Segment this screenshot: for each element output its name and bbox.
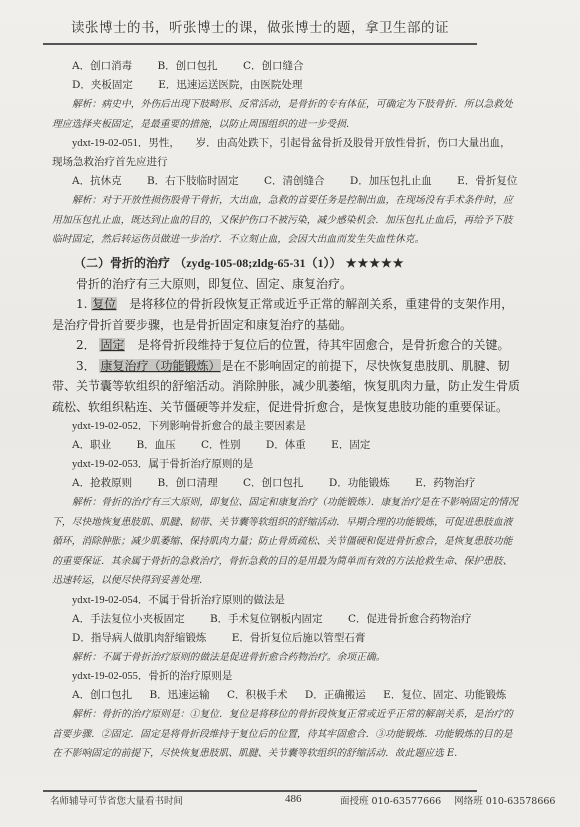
option-row: A．创口消毒 B．创口包扎 C．创口缝合 [52,57,522,76]
section-intro: 骨折的治疗有三大原则，即复位、固定、康复治疗。 [52,274,522,295]
option: C．促进骨折愈合药物治疗 [348,610,472,629]
option: A．创口消毒 [72,57,132,76]
option: C．清创缝合 [264,172,325,191]
principle-item: 1. 复位 是将移位的骨折段恢复正常或近乎正常的解剖关系，重建骨的支架作用，是治… [52,294,522,335]
highlighted-term: 固定 [99,338,125,352]
header-divider [43,43,477,45]
option: D．加压包扎止血 [350,172,432,191]
option: A．创口包扎 [72,686,132,705]
option-row: D．夹板固定 E．迅速运送医院，由医院处理 [52,76,522,95]
option: C．创口包扎 [243,474,304,493]
option: E．骨折复位后施以管型石膏 [232,629,366,648]
option: A．职业 [72,436,111,455]
question-id: ydxt-19-02-053． [72,459,148,470]
option: A．手法复位小夹板固定 [72,610,185,629]
highlighted-term: 复位 [91,297,117,311]
option: E．固定 [331,436,370,455]
option: D．正确搬运 [305,686,366,705]
item-text: 是将骨折段维持于复位后的位置，待其牢固愈合，是骨折愈合的关键。 [125,338,509,352]
section-title: （二）骨折的治疗 [74,256,170,270]
item-text: 是将移位的骨折段恢复正常或近乎正常的解剖关系，重建骨的支架作用，是治疗骨折首要步… [52,297,513,332]
question-text: 骨折的治疗原则是 [148,670,232,682]
item-number: 2． [76,338,96,352]
option: C．积极手术 [227,686,288,705]
principle-item: 3． 康复治疗（功能锻炼）是在不影响固定的前提下，尽快恢复患肢肌、肌腱、韧带、关… [52,356,522,418]
option: A．抗休克 [72,172,122,191]
question-id: ydxt-19-02-055． [72,671,148,682]
question-text: 不属于骨折治疗原则的做法是 [148,594,285,606]
option: C．性别 [201,436,241,455]
highlighted-term: 康复治疗（功能锻炼） [99,359,221,373]
option-row: A．手法复位小夹板固定 B．手术复位钢板内固定 C．促进骨折愈合药物治疗 [52,610,522,629]
option: B．右下肢临时固定 [147,172,239,191]
option: B．迅速运输 [149,686,209,705]
footer-divider [43,790,477,792]
question-id: ydxt-19-02-052． [72,421,148,432]
option: E．复位、固定、功能锻炼 [383,686,506,705]
option: B．创口清理 [157,474,217,493]
section-heading: （二）骨折的治疗 （zydg-105-08;zldg-65-31（1）） ★★★… [52,252,522,274]
page-number: 486 [285,793,302,805]
option: E．药物治疗 [415,474,475,493]
question-text: 属于骨折治疗原则的是 [148,458,253,470]
option: B．创口包扎 [157,57,217,76]
option: D．功能锻炼 [329,474,390,493]
question-stem: ydxt-19-02-051．男性， 岁．由高处跌下，引起骨盆骨折及股骨开放性骨… [52,134,522,153]
analysis-text: 解析：骨折的治疗原则是：①复位．复位是将移位的骨折段恢复正常或近乎正常的解剖关系… [52,705,522,764]
question-stem: ydxt-19-02-052．下列影响骨折愈合的最主要因素是 [52,417,522,436]
question-text: 男性， 岁．由高处跌下，引起骨盆骨折及股骨开放性骨折，伤口大量出血， [148,137,510,149]
document-page: 读张博士的书，听张博士的课，做张博士的题，拿卫生部的证 A．创口消毒 B．创口包… [0,0,580,827]
analysis-text: 解析：不属于骨折治疗原则的做法是促进骨折愈合药物治疗。余项正确。 [52,648,522,668]
option: D．夹板固定 [72,76,133,95]
question-stem: ydxt-19-02-054．不属于骨折治疗原则的做法是 [52,591,522,610]
option-row: A．职业 B．血压 C．性别 D．体重 E．固定 [52,436,522,455]
option: C．创口缝合 [243,57,304,76]
option-row: D．指导病人做肌肉舒缩锻炼 E．骨折复位后施以管型石膏 [52,629,522,648]
option: A．抢救原则 [72,474,132,493]
question-stem: ydxt-19-02-055．骨折的治疗原则是 [52,667,522,686]
principle-item: 2． 固定 是将骨折段维持于复位后的位置，待其牢固愈合，是骨折愈合的关键。 [52,335,522,356]
question-id: ydxt-19-02-051． [72,138,148,149]
page-content: A．创口消毒 B．创口包扎 C．创口缝合 D．夹板固定 E．迅速运送医院，由医院… [52,57,522,764]
option: E．迅速运送医院，由医院处理 [158,76,302,95]
question-id: ydxt-19-02-054． [72,595,148,606]
contact-in-person: 面授班 010-63577666 [340,796,441,807]
option: D．体重 [266,436,306,455]
analysis-text: 解析：病史中，外伤后出现下肢畸形、反常活动，是骨折的专有体征，可确定为下肢骨折．… [52,95,522,134]
option: B．手术复位钢板内固定 [210,610,323,629]
star-rating-icon: ★★★★★ [346,256,405,270]
analysis-text: 解析：对于开放性损伤股骨干骨折，大出血，急救的首要任务是控制出血，在现场没有手术… [52,191,522,250]
option: D．指导病人做肌肉舒缩锻炼 [72,629,206,648]
item-number: 1. [76,297,87,311]
question-stem: ydxt-19-02-053．属于骨折治疗原则的是 [52,455,522,474]
item-number: 3． [76,359,96,373]
option: B．血压 [136,436,175,455]
page-header: 读张博士的书，听张博士的课，做张博士的题，拿卫生部的证 [43,16,477,36]
section-code: （zydg-105-08;zldg-65-31（1）） [174,256,341,270]
question-stem-continued: 现场急救治疗首先应进行 [52,153,522,172]
option-row: A．创口包扎 B．迅速运输 C．积极手术 D．正确搬运 E．复位、固定、功能锻炼 [52,686,522,705]
option-row: A．抗休克 B．右下肢临时固定 C．清创缝合 D．加压包扎止血 E．骨折复位 [52,172,522,191]
footer-slogan: 名师辅导可节省您大量看书时间 [50,793,183,807]
question-text: 下列影响骨折愈合的最主要因素是 [148,420,306,432]
analysis-text: 解析：骨折的治疗有三大原则，即复位、固定和康复治疗（功能锻炼）．康复治疗是在不影… [52,493,522,591]
option: E．骨折复位 [457,172,517,191]
contact-online: 网络班 010-63578666 [454,796,555,807]
footer-contacts: 面授班 010-63577666 网络班 010-63578666 [340,793,565,807]
option-row: A．抢救原则 B．创口清理 C．创口包扎 D．功能锻炼 E．药物治疗 [52,474,522,493]
